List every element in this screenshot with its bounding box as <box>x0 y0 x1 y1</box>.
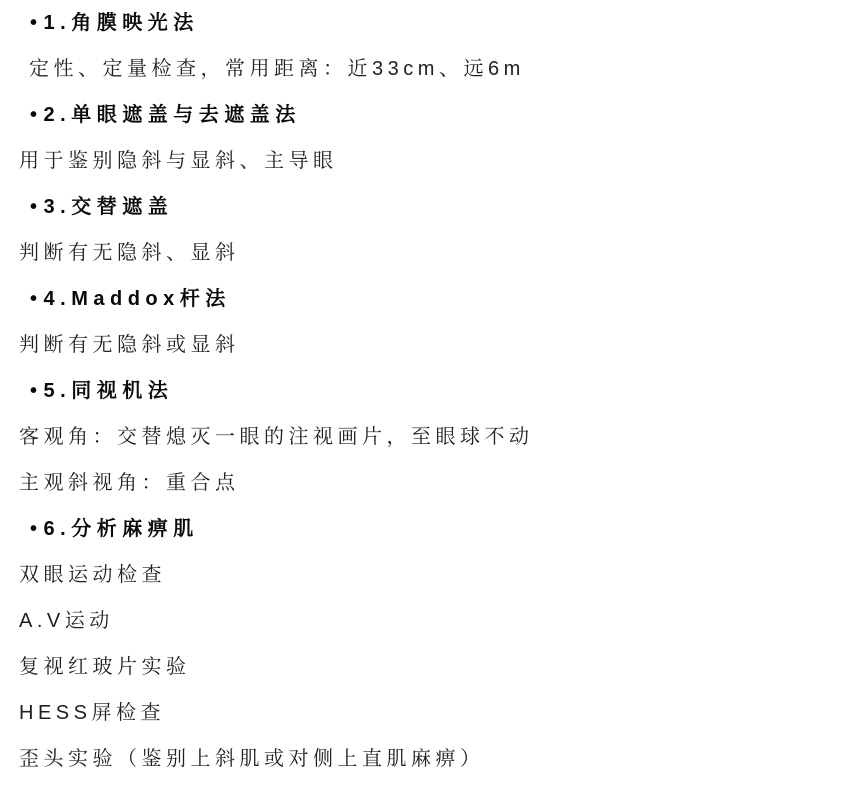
document: •1.角膜映光法 定性、定量检查，常用距离：近33cm、远6m•2.单眼遮盖与去… <box>0 0 847 782</box>
heading-text: 3.交替遮盖 <box>44 196 174 218</box>
body-text: A.V运动 <box>19 610 114 632</box>
body-text: 判断有无隐斜或显斜 <box>19 334 240 356</box>
bullet-icon: • <box>30 92 43 138</box>
body-line: 定性、定量检查，常用距离：近33cm、远6m <box>19 46 847 92</box>
body-text: 双眼运动检查 <box>19 564 166 586</box>
body-text: 定性、定量检查，常用距离：近33cm、远6m <box>19 58 525 80</box>
body-line: 用于鉴别隐斜与显斜、主导眼 <box>19 138 847 184</box>
body-line: 双眼运动检查 <box>19 552 847 598</box>
heading-text: 5.同视机法 <box>44 380 174 402</box>
body-line: 主观斜视角：重合点 <box>19 460 847 506</box>
body-line: HESS屏检查 <box>19 690 847 736</box>
heading-text: 1.角膜映光法 <box>44 12 199 34</box>
section-heading: •6.分析麻痹肌 <box>19 506 847 552</box>
body-line: 复视红玻片实验 <box>19 644 847 690</box>
body-text: 主观斜视角：重合点 <box>19 472 240 494</box>
section-heading: •3.交替遮盖 <box>19 184 847 230</box>
heading-text: 6.分析麻痹肌 <box>44 518 199 540</box>
body-text: 复视红玻片实验 <box>19 656 191 678</box>
body-text: 客观角：交替熄灭一眼的注视画片，至眼球不动 <box>19 426 534 448</box>
section-heading: •4.Maddox杆法 <box>19 276 847 322</box>
body-line: 判断有无隐斜或显斜 <box>19 322 847 368</box>
heading-text: 2.单眼遮盖与去遮盖法 <box>44 104 301 126</box>
body-line: A.V运动 <box>19 598 847 644</box>
body-line: 判断有无隐斜、显斜 <box>19 230 847 276</box>
body-text: 歪头实验（鉴别上斜肌或对侧上直肌麻痹） <box>19 748 485 770</box>
body-line: 客观角：交替熄灭一眼的注视画片，至眼球不动 <box>19 414 847 460</box>
section-heading: •2.单眼遮盖与去遮盖法 <box>19 92 847 138</box>
bullet-icon: • <box>30 506 43 552</box>
body-text: 用于鉴别隐斜与显斜、主导眼 <box>19 150 338 172</box>
bullet-icon: • <box>30 0 43 46</box>
body-line: 歪头实验（鉴别上斜肌或对侧上直肌麻痹） <box>19 736 847 782</box>
section-heading: •1.角膜映光法 <box>19 0 847 46</box>
body-text: 判断有无隐斜、显斜 <box>19 242 240 264</box>
bullet-icon: • <box>30 276 43 322</box>
heading-text: 4.Maddox杆法 <box>44 288 231 310</box>
bullet-icon: • <box>30 184 43 230</box>
bullet-icon: • <box>30 368 43 414</box>
section-heading: •5.同视机法 <box>19 368 847 414</box>
body-text: HESS屏检查 <box>19 702 165 724</box>
